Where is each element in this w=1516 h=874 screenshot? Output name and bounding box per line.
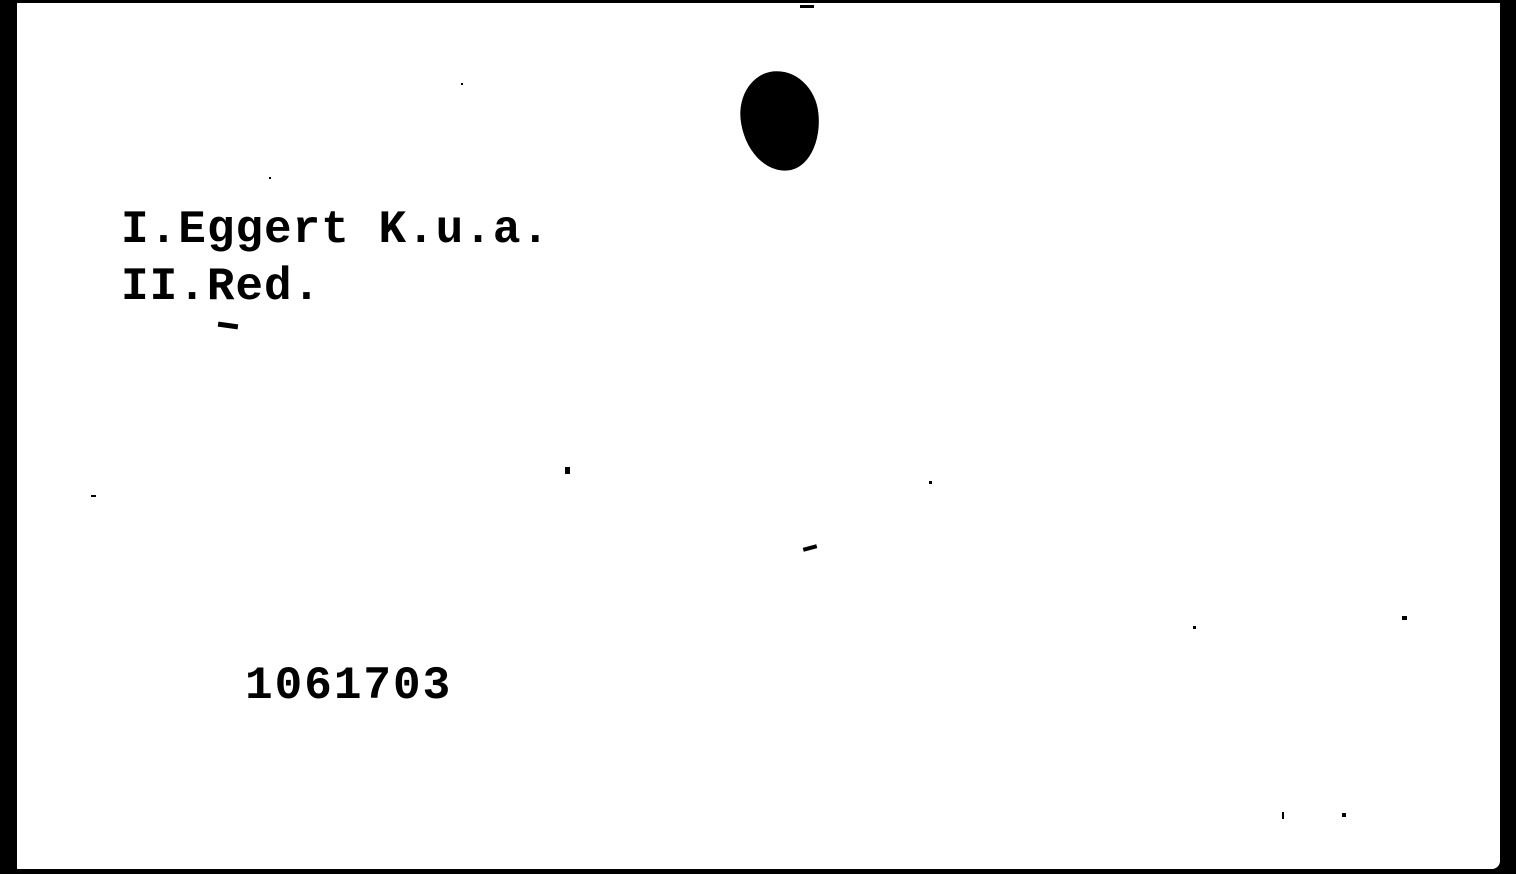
scan-speck (1282, 812, 1284, 819)
scan-speck (1402, 616, 1407, 620)
punch-hole (736, 67, 824, 175)
scan-speck (929, 481, 932, 484)
scan-speck (800, 5, 814, 8)
index-card: I.Eggert K.u.a. II.Red. 1061703 (17, 3, 1500, 869)
scan-speck (1342, 813, 1346, 817)
scan-speck (91, 495, 96, 497)
scan-speck (269, 177, 271, 179)
scan-speck (565, 467, 570, 474)
scan-speck (461, 83, 463, 85)
scan-speck (803, 544, 818, 551)
scan-speck (1193, 626, 1196, 629)
catalog-number: 1061703 (245, 661, 452, 711)
scan-speck (218, 322, 239, 330)
heading-line-2: II.Red. (121, 263, 321, 311)
heading-line-1: I.Eggert K.u.a. (121, 206, 550, 254)
